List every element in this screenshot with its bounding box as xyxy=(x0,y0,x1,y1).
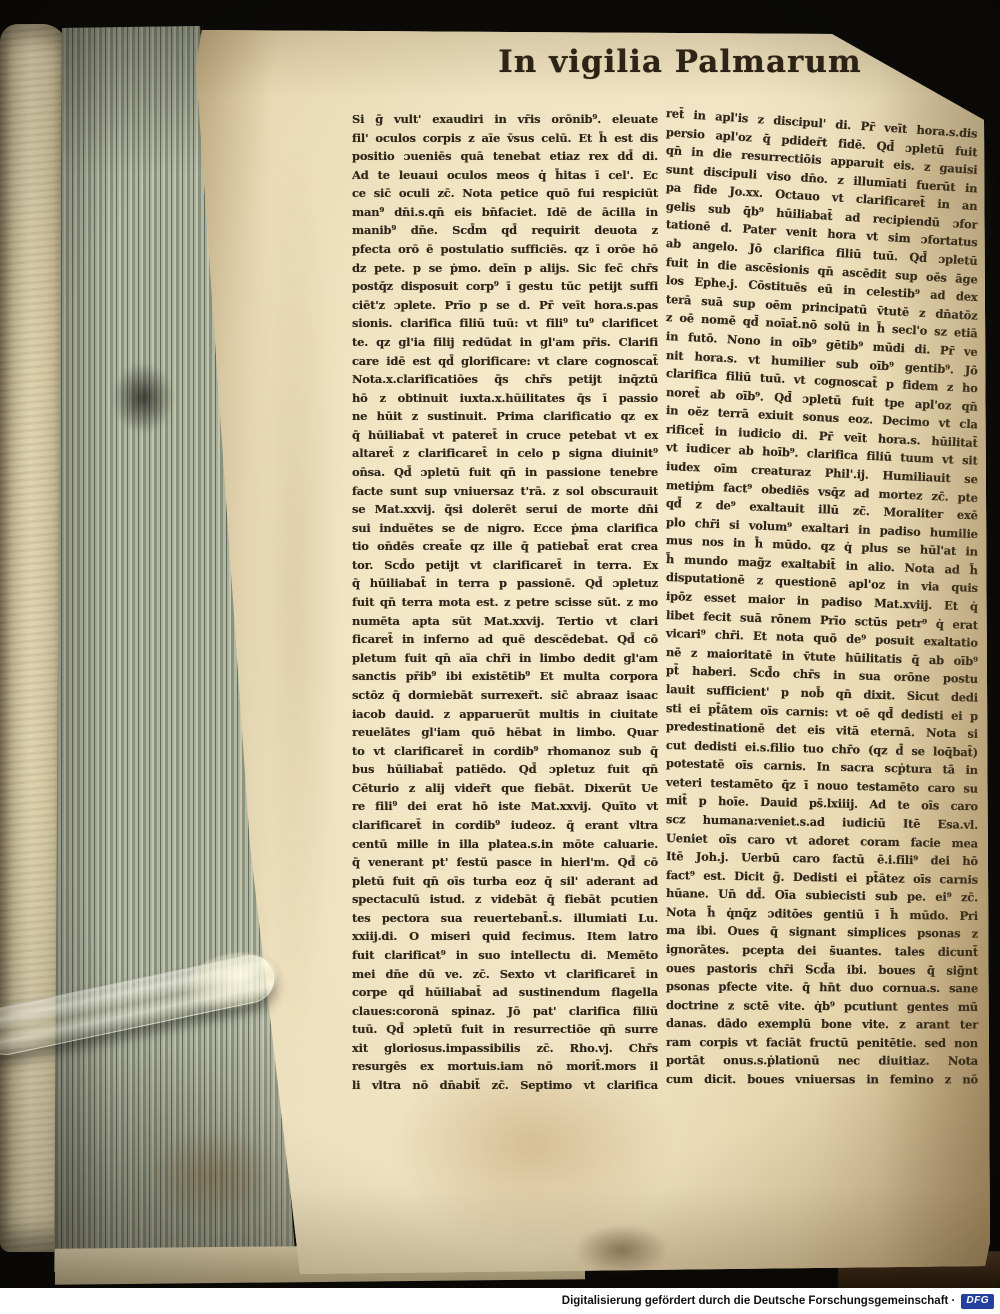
text-line: q̄ venerant pt' festū pasce in hierl'm. … xyxy=(352,853,658,872)
text-line: ficaret̄ in inferno ad quē descēdebat. Q… xyxy=(352,630,658,649)
text-line: ne hūit z sustinuit. Prima clarificatio … xyxy=(352,407,658,426)
text-line: cum dicit. boues vniuersas in femino z n… xyxy=(666,1070,978,1089)
text-line: fuit qn̄ terra mota est. z petre scisse … xyxy=(352,593,658,612)
text-line: tor. Scd̄o petijt vt clarificaret̄ in te… xyxy=(352,556,658,575)
text-line: manib⁹ dn̄e. Scd̄m qd̄ requirit deuota z xyxy=(352,221,658,240)
text-line: ciēt'z ɔplete. Prīo p se d. Pr̄ veīt hor… xyxy=(352,296,658,315)
text-line: claues:coronā spinaz. Jō pat' clarifica … xyxy=(352,1002,658,1021)
text-line: dz pete. p se ṗmo. deīn p alijs. Sic fec… xyxy=(352,259,658,278)
text-line: bus hūiliabat̄ patiēdo. Qd̄ ɔpletuz fuit… xyxy=(352,760,658,779)
text-line: altaret̄ z clarificaret̄ in celo p signa… xyxy=(352,444,658,463)
text-line: tuū. Qd̄ ɔpletū fuit in resurrectiōe qn̄… xyxy=(352,1020,658,1039)
text-line: sui induētes se de nigro. Ecce ṗma clari… xyxy=(352,519,658,538)
text-line: portāt onus.s.ṗlationū nec diuitiaz. Not… xyxy=(666,1051,978,1070)
text-line: xit gloriosus.impassibilis zc̄. Rho.vj. … xyxy=(352,1039,658,1058)
text-line: se Mat.xxvij. q̄si dolerēt serui de mort… xyxy=(352,500,658,519)
left-column: Si ḡ vult' exaudiri in vr̄is orōnib⁹. el… xyxy=(352,110,658,1095)
text-line: tio on̄dēs creat̄e qz ille q̄ patiebat̄ … xyxy=(352,537,658,556)
fore-edge-dark-spot xyxy=(112,362,174,434)
dfg-logo: DFG xyxy=(961,1294,994,1309)
text-line: psonas pfecte vite. q̄ hn̄t duo cornua.s… xyxy=(666,977,978,998)
text-line: Si ḡ vult' exaudiri in vr̄is orōnib⁹. el… xyxy=(352,110,658,129)
text-line: Ad te leuaui oculos meos q̇ h̄itas ī cel… xyxy=(352,166,658,185)
text-line: care idē est qd̄ glorificare: vt clare c… xyxy=(352,352,658,371)
text-line: to vt clarificaret̄ in cordib⁹ rhomanoz … xyxy=(352,742,658,761)
text-line: reuelātes gl'iam quō hēbat in limbo. Qua… xyxy=(352,723,658,742)
text-line: sanctis pr̄ib⁹ ibi existētib⁹ Et multa c… xyxy=(352,667,658,686)
text-line: ram corpis vt faciāt fructū penitētie. s… xyxy=(666,1033,978,1053)
text-line: xxiij.di. O miseri quid fecimus. Item la… xyxy=(352,927,658,946)
text-line: clarificaret̄ in cordib⁹ iudeoz. q̄ eran… xyxy=(352,816,658,835)
text-line: tes pectora sua reuertebant̄.s. illumiat… xyxy=(352,909,658,928)
text-line: sionis. clarifica filiū tuū: vt fili⁹ tu… xyxy=(352,314,658,333)
digitization-credit-bar: Digitalisierung gefördert durch die Deut… xyxy=(0,1288,1000,1314)
text-line: li vltra nō dn̄abit̄ zc̄. Septimo vt cla… xyxy=(352,1076,658,1095)
text-line: Nota.x.clarificatiōes q̄s chr̄s petijt i… xyxy=(352,370,658,389)
text-line: re fili⁹ dei erat hō iste Mat.xxvij. Quī… xyxy=(352,797,658,816)
text-line: hō z obtinuit iuxta.x.hūilitates q̄s ī p… xyxy=(352,389,658,408)
text-line: iacob dauid. z apparuerūt multis in ciui… xyxy=(352,705,658,724)
credit-text: Digitalisierung gefördert durch die Deut… xyxy=(562,1295,956,1307)
text-line: postq̄z disposuit corp⁹ ī gestu tūc peti… xyxy=(352,277,658,296)
text-line: danas. dādo exemplū bone vite. z arant t… xyxy=(666,1014,978,1034)
text-line: pfecta orō ē postulatio sufficiēs. qz ī … xyxy=(352,240,658,259)
text-line: mei dn̄e dū ve. zc̄. Sexto vt clarificar… xyxy=(352,965,658,984)
text-line: q̄ hūiliabat̄ in terra p passionē. Qd̄ ɔ… xyxy=(352,574,658,593)
text-line: fuit clarificat⁹ in suo intellectu di. M… xyxy=(352,946,658,965)
text-line: man⁹ dn̄i.s.qn̄ eis bn̄faciet. Idē de āc… xyxy=(352,203,658,222)
text-line: sctōz q̄ dormiebāt surrexer̄t. sic̄ abra… xyxy=(352,686,658,705)
fore-edge-stain xyxy=(148,1128,278,1223)
page-title: In vigilia Palmarum xyxy=(370,44,990,92)
text-line: pletū fuit qn̄ oīs turba eoz q̄ sil' ade… xyxy=(352,872,658,891)
text-line: on̄sa. Qd̄ ɔpletū fuit qn̄ in passione t… xyxy=(352,463,658,482)
text-line: te. qz gl'ia filij redūdat in gl'am pr̄i… xyxy=(352,333,658,352)
text-line: numēta apta sūt Mat.xxvij. Tertio vt cla… xyxy=(352,612,658,631)
text-line: spectaculū istud. z videbāt q̄ fiebāt pc… xyxy=(352,890,658,909)
text-line: fil' oculos corpis z aīe v̄sus celū. Et … xyxy=(352,129,658,148)
text-line: Cēturio z alij vider̄t que fiebāt. Dixer… xyxy=(352,779,658,798)
text-line: centū mille in illa platea.s.in mōte cal… xyxy=(352,835,658,854)
text-line: q̄ hūiliabat̄ vt pateret̄ in cruce peteb… xyxy=(352,426,658,445)
text-line: facte sunt sup vniuersaz t'rā. z sol obs… xyxy=(352,482,658,501)
text-line: pletum fuit qn̄ aīa chr̄i in limbo dedit… xyxy=(352,649,658,668)
right-column: ret̄ in apl'is z discipul' di. Pr̄ veīt … xyxy=(666,104,978,1089)
book-photograph: In vigilia Palmarum Si ḡ vult' exaudiri … xyxy=(0,0,1000,1314)
text-line: positio ɔueniēs quā tenebat etiaz rex dd… xyxy=(352,147,658,166)
text-line: ce sic̄ oculi zc̄. Nota petice quō fui r… xyxy=(352,184,658,203)
text-line: resurgēs ex mortuis.iam nō morit̄.mors i… xyxy=(352,1057,658,1076)
text-line: corpe qd̄ hūiliabat̄ ad sustinendum flag… xyxy=(352,983,658,1002)
text-line: doctrine z sctē vite. q̇b⁹ pcutiunt gent… xyxy=(666,996,978,1017)
